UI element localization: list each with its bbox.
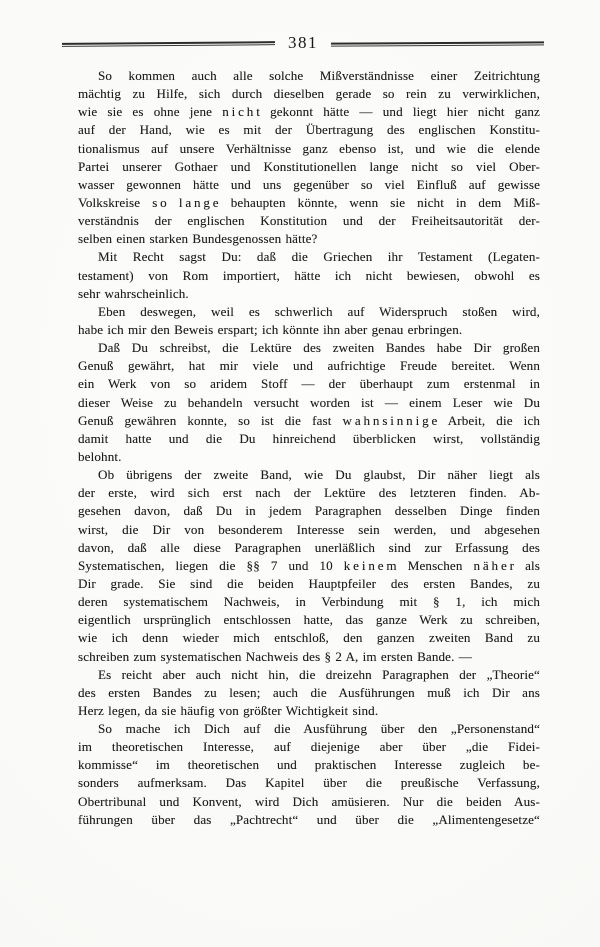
text-line: im theoretischen Interesse, auf diejenig… — [78, 738, 540, 756]
text-line: Es reicht aber auch nicht hin, die dreiz… — [78, 666, 540, 684]
paragraph: Es reicht aber auch nicht hin, die dreiz… — [78, 666, 540, 720]
paragraph: So kommen auch alle solche Mißverständni… — [78, 67, 540, 248]
paragraph: Mit Recht sagst Du: daß die Griechen ihr… — [78, 248, 540, 302]
text-line: wie sie es ohne jene n i c h t gekonnt h… — [78, 103, 540, 121]
header-rule-left — [62, 41, 275, 47]
text-line: ein Werk von so aridem Stoff — der überh… — [78, 375, 540, 393]
text-line: tionalismus auf unsere Verhältnisse ganz… — [78, 140, 540, 158]
text-line: dieser Weise zu behandeln versucht worde… — [78, 394, 540, 412]
text-line: deren systematischem Nachweis, in Verbin… — [78, 593, 540, 611]
paragraph: So mache ich Dich auf die Ausführung übe… — [78, 720, 540, 829]
header-rule-right — [331, 41, 544, 46]
text-line: davon, daß alle diese Paragraphen unerlä… — [78, 539, 540, 557]
scanned-book-page: 381 So kommen auch alle solche Mißverstä… — [0, 0, 600, 947]
text-line: damit hatte und die Du hinreichend überb… — [78, 430, 540, 448]
text-line: wirst, die Dir von besonderem Interesse … — [78, 521, 540, 539]
text-line: So kommen auch alle solche Mißverständni… — [78, 67, 540, 85]
page-header: 381 — [62, 34, 544, 53]
paragraph: Daß Du schreibst, die Lektüre des zweite… — [78, 339, 540, 466]
text-line: Genuß gewährt, hat mir viele und aufrich… — [78, 357, 540, 375]
text-line: sonders aufmerksam. Das Kapitel über die… — [78, 774, 540, 792]
text-line: Genuß gewähren konnte, so ist die fast w… — [78, 412, 540, 430]
text-line: auf der Hand, wie es mit der Übertragung… — [78, 121, 540, 139]
text-line: der erste, wird sich erst nach der Lektü… — [78, 484, 540, 502]
text-line: Obertribunal und Konvent, wird Dich amüs… — [78, 793, 540, 811]
page-number: 381 — [288, 34, 318, 53]
text-line: eigentlich ursprünglich entschlossen hat… — [78, 611, 540, 629]
text-line: wie ich denn wieder mich entschloß, den … — [78, 629, 540, 647]
text-line: Dir grade. Sie sind die beiden Hauptpfei… — [78, 575, 540, 593]
text-line: schreiben zum systematischen Nachweis de… — [78, 648, 540, 666]
text-line: Daß Du schreibst, die Lektüre des zweite… — [78, 339, 540, 357]
text-line: verständnis der englischen Konstitution … — [78, 212, 540, 230]
text-line: Eben deswegen, weil es schwerlich auf Wi… — [78, 303, 540, 321]
text-line: Mit Recht sagst Du: daß die Griechen ihr… — [78, 248, 540, 266]
text-line: Volkskreise s o l a n g e behaupten könn… — [78, 194, 540, 212]
text-line: wasser gewonnen hätte und uns gegenüber … — [78, 176, 540, 194]
text-line: des ersten Bandes zu lesen; auch die Aus… — [78, 684, 540, 702]
text-line: Ob übrigens der zweite Band, wie Du glau… — [78, 466, 540, 484]
text-line: So mache ich Dich auf die Ausführung übe… — [78, 720, 540, 738]
paragraph: Eben deswegen, weil es schwerlich auf Wi… — [78, 303, 540, 339]
text-line: führungen über das „Pachtrecht“ und über… — [78, 811, 540, 829]
page-text: So kommen auch alle solche Mißverständni… — [78, 67, 540, 829]
text-line: kommisse“ im theoretischen und praktisch… — [78, 756, 540, 774]
paragraph: Ob übrigens der zweite Band, wie Du glau… — [78, 466, 540, 666]
text-line: gesehen davon, daß Du in jedem Paragraph… — [78, 502, 540, 520]
text-line: Partei unserer Gothaer und Konstitutione… — [78, 158, 540, 176]
text-line: mächtig zu Hilfe, sich durch dieselben g… — [78, 85, 540, 103]
text-line: Systematischen, liegen die §§ 7 und 10 k… — [78, 557, 540, 575]
text-line: testament) von Rom importiert, hätte ich… — [78, 267, 540, 285]
